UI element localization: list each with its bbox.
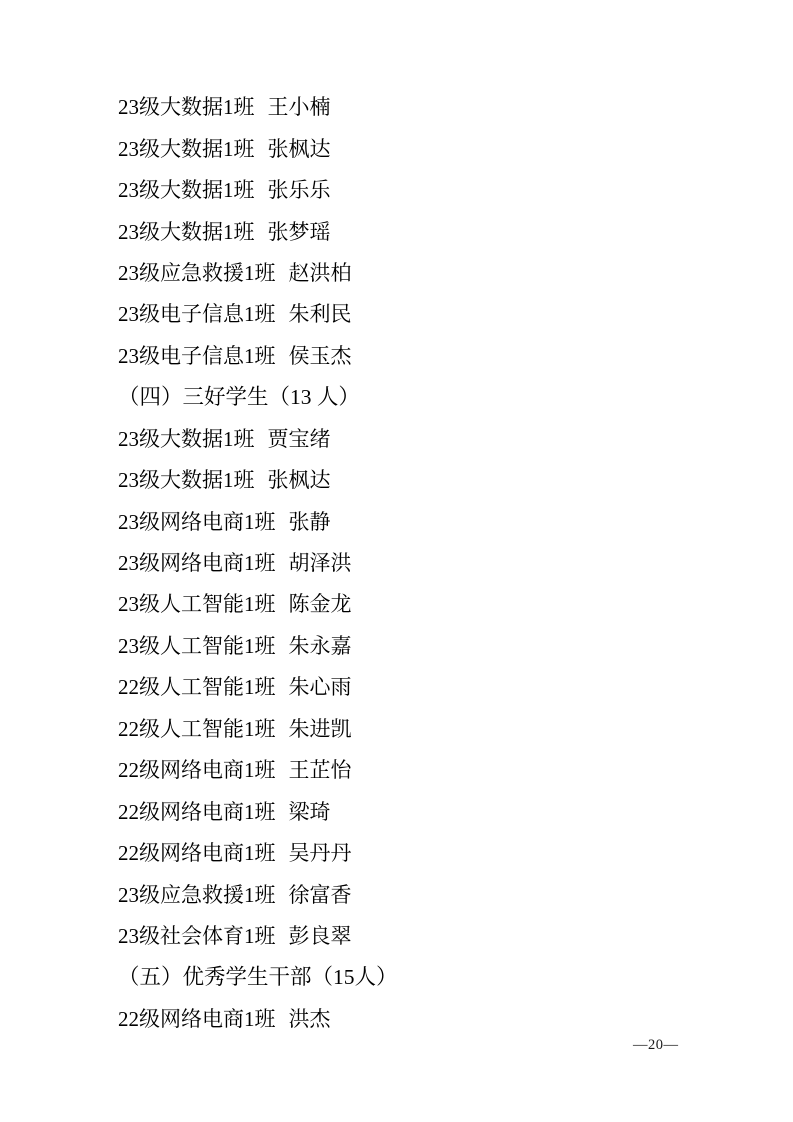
student-name: 朱进凯	[289, 719, 352, 740]
list-item: 22级网络电商1班 王芷怡	[118, 750, 733, 791]
class-label: 23级大数据1班	[118, 222, 255, 243]
student-name: 张静	[289, 512, 331, 533]
student-name: 梁琦	[289, 802, 331, 823]
list-item: 23级人工智能1班 陈金龙	[118, 584, 733, 625]
class-label: 23级大数据1班	[118, 470, 255, 491]
list-item: 23级大数据1班 张枫达	[118, 460, 733, 501]
class-label: 23级大数据1班	[118, 180, 255, 201]
list-item: 22级人工智能1班 朱进凯	[118, 709, 733, 750]
list-item: 23级网络电商1班 胡泽洪	[118, 543, 733, 584]
list-item: 23级应急救援1班 徐富香	[118, 874, 733, 915]
class-label: 22级网络电商1班	[118, 1009, 276, 1030]
student-name: 朱永嘉	[289, 636, 352, 657]
section-heading: （四）三好学生（13 人）	[118, 377, 733, 418]
class-label: 23级应急救援1班	[118, 885, 276, 906]
list-item: 23级大数据1班 张枫达	[118, 128, 733, 169]
student-name: 朱心雨	[289, 677, 352, 698]
list-item: 23级大数据1班 张乐乐	[118, 170, 733, 211]
class-label: 23级大数据1班	[118, 139, 255, 160]
award-list: 23级大数据1班 王小楠 23级大数据1班 张枫达 23级大数据1班 张乐乐 2…	[118, 87, 733, 1040]
section-heading-text: （四）三好学生（13 人）	[118, 387, 360, 409]
class-label: 22级网络电商1班	[118, 760, 276, 781]
class-label: 22级网络电商1班	[118, 802, 276, 823]
list-item: 23级人工智能1班 朱永嘉	[118, 626, 733, 667]
list-item: 23级社会体育1班 彭良翠	[118, 916, 733, 957]
student-name: 陈金龙	[289, 594, 352, 615]
class-label: 23级网络电商1班	[118, 553, 276, 574]
class-label: 23级人工智能1班	[118, 636, 276, 657]
student-name: 洪杰	[289, 1009, 331, 1030]
class-label: 23级大数据1班	[118, 97, 255, 118]
student-name: 张梦瑶	[268, 222, 331, 243]
class-label: 23级社会体育1班	[118, 926, 276, 947]
list-item: 22级人工智能1班 朱心雨	[118, 667, 733, 708]
class-label: 23级大数据1班	[118, 429, 255, 450]
list-item: 23级大数据1班 张梦瑶	[118, 211, 733, 252]
student-name: 侯玉杰	[289, 346, 352, 367]
document-page: 23级大数据1班 王小楠 23级大数据1班 张枫达 23级大数据1班 张乐乐 2…	[0, 0, 793, 1122]
student-name: 彭良翠	[289, 926, 352, 947]
list-item: 23级应急救援1班 赵洪柏	[118, 253, 733, 294]
list-item: 22级网络电商1班 吴丹丹	[118, 833, 733, 874]
student-name: 胡泽洪	[289, 553, 352, 574]
class-label: 23级网络电商1班	[118, 512, 276, 533]
class-label: 23级人工智能1班	[118, 594, 276, 615]
class-label: 22级网络电商1班	[118, 843, 276, 864]
student-name: 朱利民	[289, 304, 352, 325]
page-number: —20—	[633, 1038, 679, 1053]
list-item: 23级电子信息1班 侯玉杰	[118, 336, 733, 377]
student-name: 张乐乐	[268, 180, 331, 201]
list-item: 22级网络电商1班 梁琦	[118, 791, 733, 832]
class-label: 23级电子信息1班	[118, 346, 276, 367]
student-name: 王芷怡	[289, 760, 352, 781]
section-heading-text: （五）优秀学生干部（15人）	[118, 967, 398, 989]
student-name: 张枫达	[268, 139, 331, 160]
list-item: 23级大数据1班 王小楠	[118, 87, 733, 128]
list-item: 23级电子信息1班 朱利民	[118, 294, 733, 335]
class-label: 22级人工智能1班	[118, 719, 276, 740]
list-item: 23级网络电商1班 张静	[118, 501, 733, 542]
student-name: 贾宝绪	[268, 429, 331, 450]
student-name: 王小楠	[268, 97, 331, 118]
class-label: 23级应急救援1班	[118, 263, 276, 284]
list-item: 23级大数据1班 贾宝绪	[118, 419, 733, 460]
class-label: 22级人工智能1班	[118, 677, 276, 698]
student-name: 张枫达	[268, 470, 331, 491]
student-name: 徐富香	[289, 885, 352, 906]
list-item: 22级网络电商1班 洪杰	[118, 999, 733, 1040]
student-name: 吴丹丹	[289, 843, 352, 864]
class-label: 23级电子信息1班	[118, 304, 276, 325]
student-name: 赵洪柏	[289, 263, 352, 284]
section-heading: （五）优秀学生干部（15人）	[118, 957, 733, 998]
